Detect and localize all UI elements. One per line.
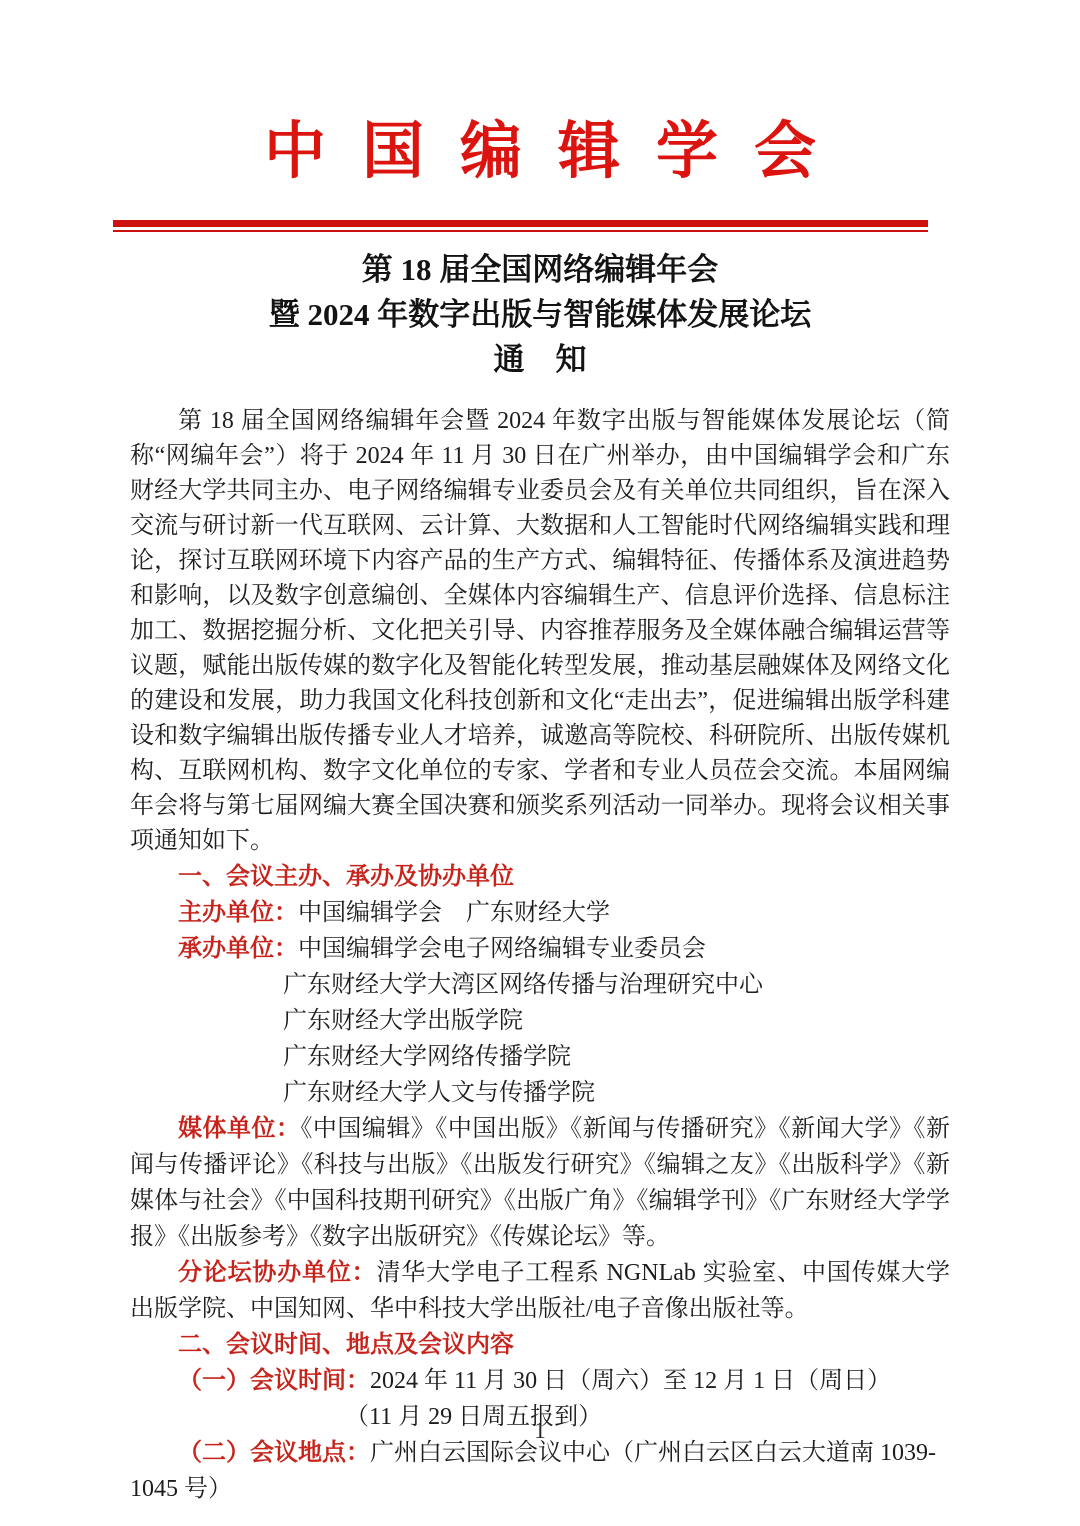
host-row: 主办单位：中国编辑学会 广东财经大学 — [130, 895, 950, 931]
document-title-line1: 第 18 届全国网络编辑年会 — [0, 247, 1080, 292]
letterhead-divider — [113, 220, 928, 232]
organizer-item: 广东财经大学网络传播学院 — [283, 1039, 950, 1075]
organizer-item: 广东财经大学出版学院 — [283, 1003, 950, 1039]
media-paragraph: 媒体单位：《中国编辑》《中国出版》《新闻与传播研究》《新闻大学》《新闻与传播评论… — [130, 1111, 950, 1255]
forum-label: 分论坛协办单位： — [178, 1260, 376, 1286]
section2-heading: 二、会议时间、地点及会议内容 — [130, 1327, 950, 1363]
document-body: 第 18 届全国网络编辑年会暨 2024 年数字出版与智能媒体发展论坛（简称“网… — [130, 404, 950, 1507]
media-label: 媒体单位： — [178, 1116, 300, 1142]
document-title-line2: 暨 2024 年数字出版与智能媒体发展论坛 — [0, 292, 1080, 337]
organizer-item: 中国编辑学会电子网络编辑专业委员会 — [298, 936, 706, 962]
document-page: 中国编辑学会 第 18 届全国网络编辑年会 暨 2024 年数字出版与智能媒体发… — [0, 0, 1080, 1526]
document-title: 第 18 届全国网络编辑年会 暨 2024 年数字出版与智能媒体发展论坛 通 知 — [0, 247, 1080, 382]
organizer-item: 广东财经大学大湾区网络传播与治理研究中心 — [283, 967, 950, 1003]
letterhead-org-name: 中国编辑学会 — [0, 0, 1080, 194]
organizer-row: 承办单位：中国编辑学会电子网络编辑专业委员会 — [130, 931, 950, 967]
divider-thick-line — [113, 220, 928, 227]
document-title-notice: 通 知 — [0, 337, 1080, 382]
meeting-time-value: 2024 年 11 月 30 日（周六）至 12 月 1 日（周日） — [370, 1368, 891, 1394]
section1-heading: 一、会议主办、承办及协办单位 — [130, 859, 950, 895]
divider-thin-line — [113, 230, 928, 232]
meeting-place-row: （二）会议地点：广州白云国际会议中心（广州白云区白云大道南 1039-1045 … — [130, 1435, 950, 1507]
page-number: 1 — [0, 1418, 1080, 1444]
intro-paragraph: 第 18 届全国网络编辑年会暨 2024 年数字出版与智能媒体发展论坛（简称“网… — [130, 404, 950, 859]
host-value: 中国编辑学会 广东财经大学 — [298, 900, 610, 926]
meeting-time-label: （一）会议时间： — [178, 1368, 370, 1394]
organizer-label: 承办单位： — [178, 936, 298, 962]
forum-paragraph: 分论坛协办单位：清华大学电子工程系 NGNLab 实验室、中国传媒大学出版学院、… — [130, 1255, 950, 1327]
meeting-time-row: （一）会议时间：2024 年 11 月 30 日（周六）至 12 月 1 日（周… — [130, 1363, 950, 1399]
organizer-item: 广东财经大学人文与传播学院 — [283, 1075, 950, 1111]
host-label: 主办单位： — [178, 900, 298, 926]
